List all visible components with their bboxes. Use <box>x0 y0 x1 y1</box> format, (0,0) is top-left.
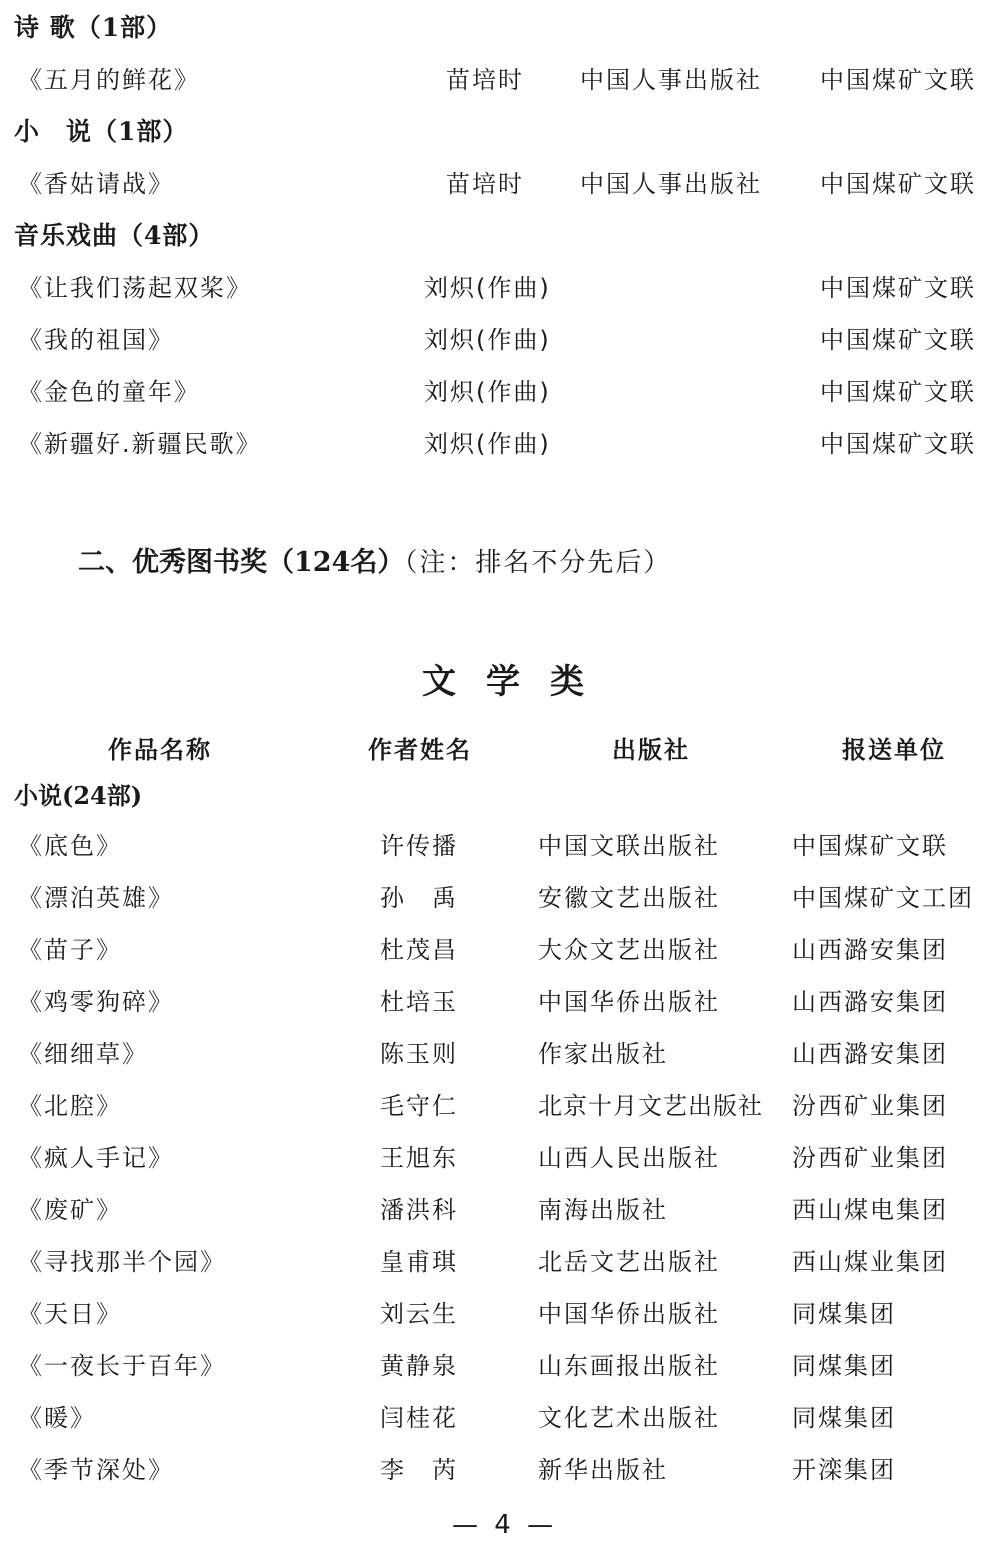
page-number: — 4 — <box>452 1510 557 1540</box>
column-header-unit: 报送单位 <box>842 730 946 765</box>
row-unit: 汾西矿业集团 <box>792 1138 948 1173</box>
entry-unit: 中国煤矿文联 <box>820 320 976 355</box>
entry-author: 刘炽(作曲) <box>424 268 551 303</box>
entry-title: 《香姑请战》 <box>18 164 174 199</box>
row-unit: 同煤集团 <box>792 1346 896 1381</box>
entry-author: 苗培时 <box>446 60 524 95</box>
entry-unit: 中国煤矿文联 <box>820 268 976 303</box>
entry-publisher: 中国人事出版社 <box>580 60 762 95</box>
entry-author: 刘炽(作曲) <box>424 424 551 459</box>
row-unit: 同煤集团 <box>792 1398 896 1433</box>
section-title: 二、优秀图书奖（124名） <box>78 547 404 578</box>
row-unit: 开滦集团 <box>792 1450 896 1485</box>
row-publisher: 山西人民出版社 <box>538 1138 720 1173</box>
column-header-author: 作者姓名 <box>368 730 472 765</box>
row-title: 《暖》 <box>18 1398 96 1433</box>
entry-unit: 中国煤矿文联 <box>820 372 976 407</box>
row-publisher: 北岳文艺出版社 <box>538 1242 720 1277</box>
row-title: 《疯人手记》 <box>18 1138 174 1173</box>
entry-title: 《五月的鲜花》 <box>18 60 200 95</box>
row-title: 《苗子》 <box>18 930 122 965</box>
row-author: 孙 禹 <box>380 878 458 913</box>
row-title: 《季节深处》 <box>18 1450 174 1485</box>
row-unit: 西山煤业集团 <box>792 1242 948 1277</box>
row-unit: 同煤集团 <box>792 1294 896 1329</box>
row-unit: 山西潞安集团 <box>792 982 948 1017</box>
row-unit: 西山煤电集团 <box>792 1190 948 1225</box>
row-author: 闫桂花 <box>380 1398 458 1433</box>
row-title: 《北腔》 <box>18 1086 122 1121</box>
row-title: 《一夜长于百年》 <box>18 1346 226 1381</box>
column-header-publisher: 出版社 <box>612 730 690 765</box>
section-heading: 二、优秀图书奖（124名）（注：排名不分先后） <box>78 540 671 579</box>
entry-unit: 中国煤矿文联 <box>820 60 976 95</box>
entry-author: 刘炽(作曲) <box>424 372 551 407</box>
row-publisher: 山东画报出版社 <box>538 1346 720 1381</box>
row-author: 刘云生 <box>380 1294 458 1329</box>
entry-title: 《金色的童年》 <box>18 372 200 407</box>
row-title: 《天日》 <box>18 1294 122 1329</box>
row-author: 陈玉则 <box>380 1034 458 1069</box>
row-unit: 中国煤矿文工团 <box>792 878 974 913</box>
column-header-title: 作品名称 <box>108 730 212 765</box>
row-publisher: 北京十月文艺出版社 <box>538 1086 763 1121</box>
entry-author: 苗培时 <box>446 164 524 199</box>
entry-title: 《让我们荡起双桨》 <box>18 268 252 303</box>
row-title: 《废矿》 <box>18 1190 122 1225</box>
entry-publisher: 中国人事出版社 <box>580 164 762 199</box>
row-author: 王旭东 <box>380 1138 458 1173</box>
row-title: 《漂泊英雄》 <box>18 878 174 913</box>
entry-unit: 中国煤矿文联 <box>820 424 976 459</box>
row-unit: 中国煤矿文联 <box>792 826 948 861</box>
category-heading-music: 音乐戏曲（4部） <box>14 216 214 252</box>
group-heading-novel: 小说(24部) <box>14 776 142 811</box>
row-publisher: 文化艺术出版社 <box>538 1398 720 1433</box>
row-publisher: 中国华侨出版社 <box>538 982 720 1017</box>
row-publisher: 中国华侨出版社 <box>538 1294 720 1329</box>
row-unit: 汾西矿业集团 <box>792 1086 948 1121</box>
row-title: 《底色》 <box>18 826 122 861</box>
category-heading-poetry: 诗 歌（1部） <box>14 8 172 44</box>
row-title: 《寻找那半个园》 <box>18 1242 226 1277</box>
row-publisher: 南海出版社 <box>538 1190 668 1225</box>
row-publisher: 安徽文艺出版社 <box>538 878 720 913</box>
row-author: 许传播 <box>380 826 458 861</box>
row-publisher: 新华出版社 <box>538 1450 668 1485</box>
entry-author: 刘炽(作曲) <box>424 320 551 355</box>
row-publisher: 中国文联出版社 <box>538 826 720 861</box>
row-author: 杜培玉 <box>380 982 458 1017</box>
row-author: 杜茂昌 <box>380 930 458 965</box>
entry-title: 《我的祖国》 <box>18 320 174 355</box>
row-publisher: 大众文艺出版社 <box>538 930 720 965</box>
row-title: 《细细草》 <box>18 1034 148 1069</box>
row-title: 《鸡零狗碎》 <box>18 982 174 1017</box>
row-unit: 山西潞安集团 <box>792 1034 948 1069</box>
entry-title: 《新疆好.新疆民歌》 <box>18 424 262 459</box>
row-author: 黄静泉 <box>380 1346 458 1381</box>
category-heading-novel: 小 说（1部） <box>14 112 188 148</box>
row-author: 皇甫琪 <box>380 1242 458 1277</box>
row-author: 李 芮 <box>380 1450 458 1485</box>
entry-unit: 中国煤矿文联 <box>820 164 976 199</box>
row-unit: 山西潞安集团 <box>792 930 948 965</box>
row-author: 毛守仁 <box>380 1086 458 1121</box>
row-publisher: 作家出版社 <box>538 1034 668 1069</box>
row-author: 潘洪科 <box>380 1190 458 1225</box>
section-note: （注：排名不分先后） <box>404 548 671 578</box>
category-title: 文学类 <box>422 654 614 703</box>
